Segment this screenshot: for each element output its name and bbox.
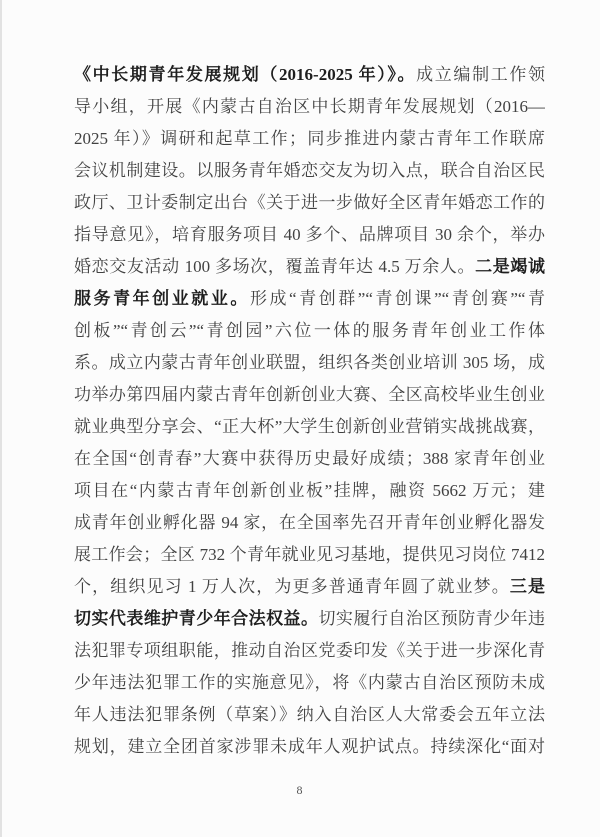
text-segment: 法犯罪专项组职能，推动自治区党委印发《关于进一步深化青 — [74, 641, 545, 660]
text-line: 服务青年创业就业。形成“青创群”“青创课”“青创赛”“青 — [74, 283, 545, 315]
text-line: 创板”“青创云”“青创园”六位一体的服务青年创业工作体 — [74, 315, 545, 347]
text-segment: 形成“青创群”“青创课”“青创赛”“青 — [250, 289, 545, 308]
text-line: 婚恋交友活动 100 多场次，覆盖青年达 4.5 万余人。二是竭诚 — [74, 251, 545, 283]
text-segment: 成青年创业孵化器 94 家，在全国率先召开青年创业孵化器发 — [74, 513, 545, 532]
text-line: 政厅、卫计委制定出台《关于进一步做好全区青年婚恋工作的 — [74, 187, 545, 219]
text-segment: 在全国“创青春”大赛中获得历史最好成绩；388 家青年创业 — [74, 449, 545, 468]
text-line: 成青年创业孵化器 94 家，在全国率先召开青年创业孵化器发 — [74, 507, 545, 539]
text-line: 在全国“创青春”大赛中获得历史最好成绩；388 家青年创业 — [74, 443, 545, 475]
text-segment: 年人违法犯罪条例（草案）》纳入自治区人大常委会五年立法 — [74, 705, 545, 724]
document-page: 《中长期青年发展规划（2016-2025 年）》。成立编制工作领导小组，开展《内… — [0, 0, 600, 837]
text-segment: 政厅、卫计委制定出台《关于进一步做好全区青年婚恋工作的 — [74, 193, 545, 212]
text-line: 个，组织见习 1 万人次，为更多普通青年圆了就业梦。三是 — [74, 571, 545, 603]
text-line: 切实代表维护青少年合法权益。切实履行自治区预防青少年违 — [74, 603, 545, 635]
text-line: 指导意见》，培育服务项目 40 多个、品牌项目 30 余个，举办 — [74, 219, 545, 251]
text-segment: 成立编制工作领 — [416, 65, 545, 84]
text-line: 导小组，开展《内蒙古自治区中长期青年发展规划（2016— — [74, 91, 545, 123]
text-line: 2025 年）》调研和起草工作；同步推进内蒙古青年工作联席 — [74, 123, 545, 155]
text-line: 系。成立内蒙古青年创业联盟，组织各类创业培训 305 场，成 — [74, 347, 545, 379]
text-segment: 切实履行自治区预防青少年违 — [318, 609, 545, 628]
text-segment: 就业典型分享会、“正大杯”大学生创新创业营销实战挑战赛， — [74, 417, 545, 436]
text-line: 法犯罪专项组职能，推动自治区党委印发《关于进一步深化青 — [74, 635, 545, 667]
text-line: 就业典型分享会、“正大杯”大学生创新创业营销实战挑战赛， — [74, 411, 545, 443]
text-segment: 创板”“青创云”“青创园”六位一体的服务青年创业工作体 — [74, 321, 545, 340]
bold-text-segment: 《中长期青年发展规划（2016-2025 年）》。 — [74, 65, 416, 84]
scan-edge — [0, 0, 2, 837]
text-segment: 项目在“内蒙古青年创新创业板”挂牌，融资 5662 万元；建 — [74, 481, 545, 500]
bold-text-segment: 二是竭诚 — [475, 257, 545, 276]
page-number: 8 — [0, 781, 600, 799]
text-line: 规划，建立全团首家涉罪未成年人观护试点。持续深化“面对 — [74, 731, 545, 763]
bold-text-segment: 切实代表维护青少年合法权益。 — [74, 609, 318, 628]
text-line: 会议机制建设。以服务青年婚恋交友为切入点，联合自治区民 — [74, 155, 545, 187]
text-block: 《中长期青年发展规划（2016-2025 年）》。成立编制工作领导小组，开展《内… — [74, 59, 545, 763]
text-line: 少年违法犯罪工作的实施意见》，将《内蒙古自治区预防未成 — [74, 667, 545, 699]
text-line: 《中长期青年发展规划（2016-2025 年）》。成立编制工作领 — [74, 59, 545, 91]
text-segment: 2025 年）》调研和起草工作；同步推进内蒙古青年工作联席 — [74, 129, 545, 148]
text-segment: 系。成立内蒙古青年创业联盟，组织各类创业培训 305 场，成 — [74, 353, 545, 372]
text-segment: 婚恋交友活动 100 多场次，覆盖青年达 4.5 万余人。 — [74, 257, 475, 276]
bold-text-segment: 三是 — [510, 577, 545, 596]
text-line: 项目在“内蒙古青年创新创业板”挂牌，融资 5662 万元；建 — [74, 475, 545, 507]
text-line: 年人违法犯罪条例（草案）》纳入自治区人大常委会五年立法 — [74, 699, 545, 731]
bold-text-segment: 服务青年创业就业。 — [74, 289, 250, 308]
text-segment: 功举办第四届内蒙古青年创新创业大赛、全区高校毕业生创业 — [74, 385, 545, 404]
text-segment: 展工作会；全区 732 个青年就业见习基地，提供见习岗位 7412 — [74, 545, 545, 564]
text-line: 展工作会；全区 732 个青年就业见习基地，提供见习岗位 7412 — [74, 539, 545, 571]
text-segment: 个，组织见习 1 万人次，为更多普通青年圆了就业梦。 — [74, 577, 510, 596]
text-segment: 导小组，开展《内蒙古自治区中长期青年发展规划（2016— — [74, 97, 545, 116]
text-segment: 规划，建立全团首家涉罪未成年人观护试点。持续深化“面对 — [74, 737, 545, 756]
text-segment: 指导意见》，培育服务项目 40 多个、品牌项目 30 余个，举办 — [74, 225, 545, 244]
text-line: 功举办第四届内蒙古青年创新创业大赛、全区高校毕业生创业 — [74, 379, 545, 411]
text-segment: 少年违法犯罪工作的实施意见》，将《内蒙古自治区预防未成 — [74, 673, 545, 692]
text-segment: 会议机制建设。以服务青年婚恋交友为切入点，联合自治区民 — [74, 161, 545, 180]
